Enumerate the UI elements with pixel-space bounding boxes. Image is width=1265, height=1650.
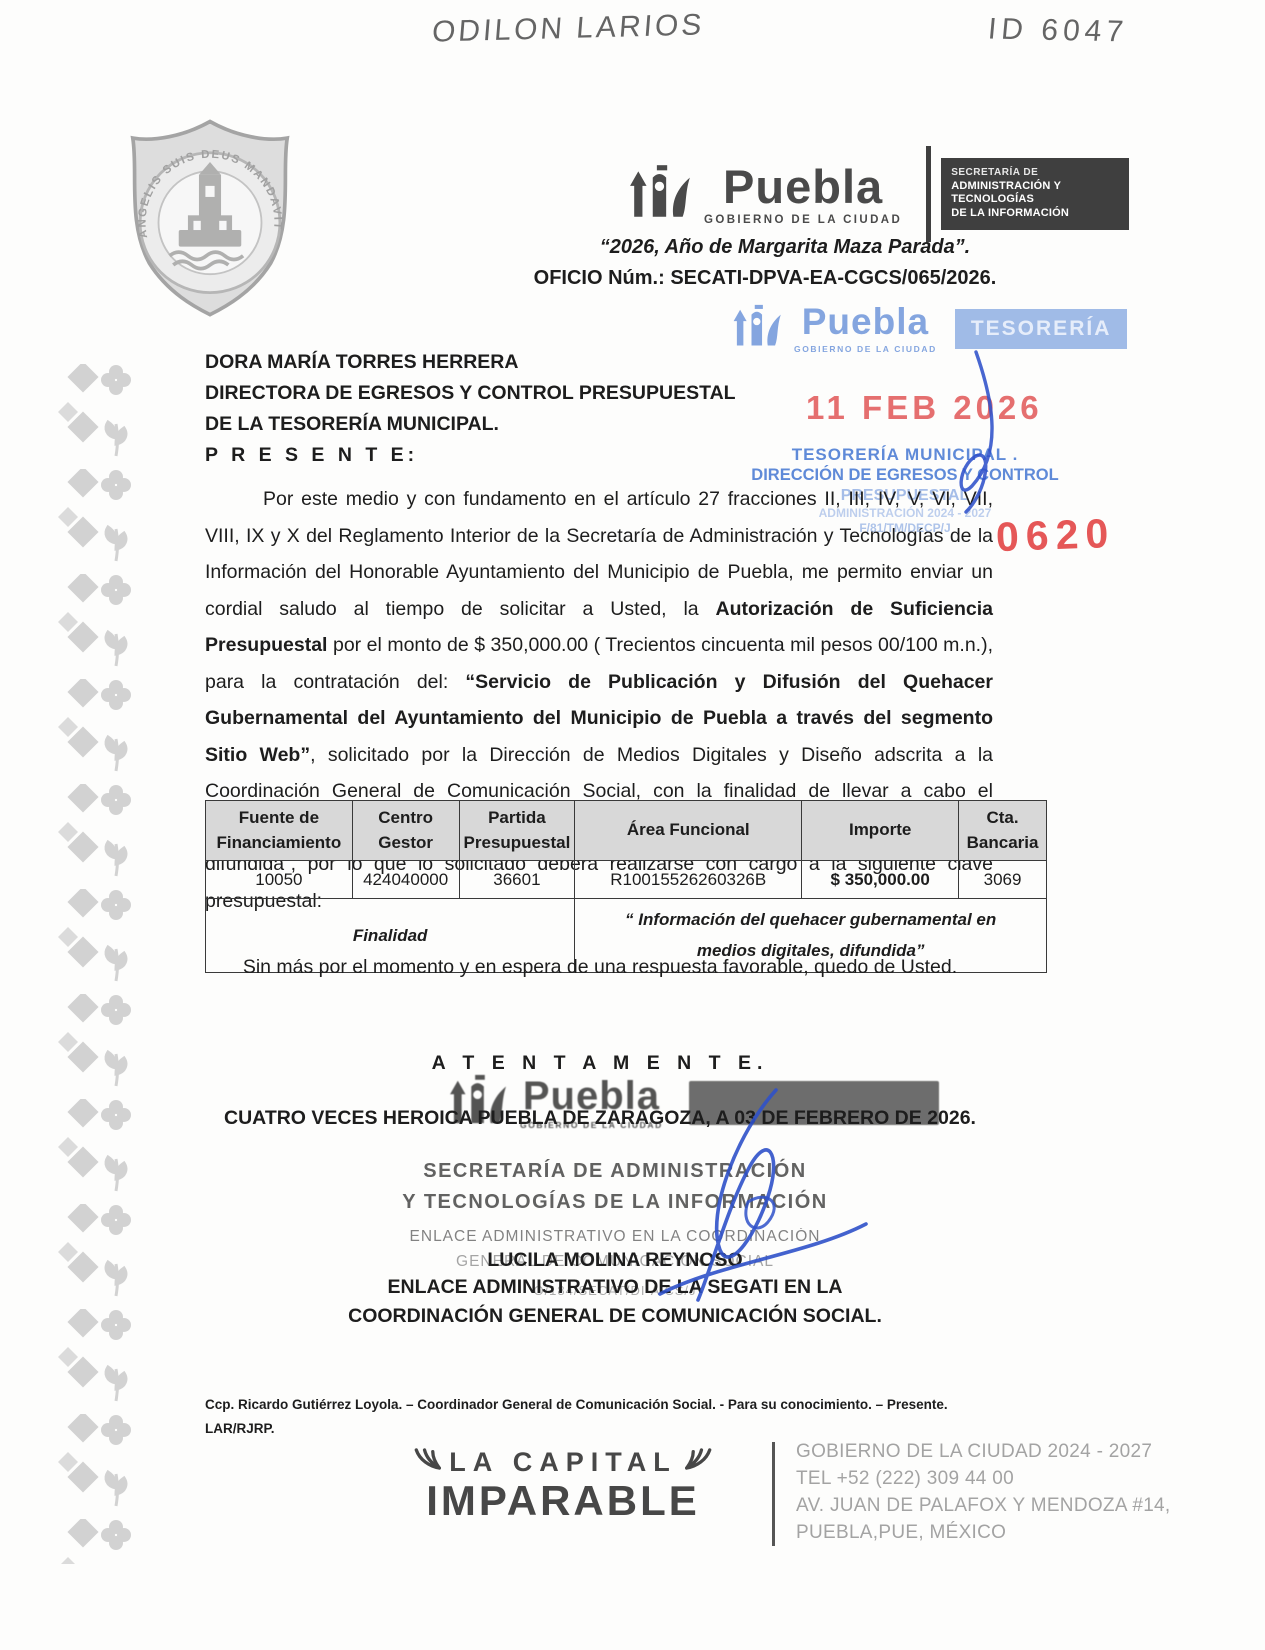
handwritten-name: ODILON LARIOS — [431, 8, 706, 49]
oficio-number: OFICIO Núm.: SECATI-DPVA-EA-CGCS/065/202… — [520, 267, 1010, 290]
talavera-pattern-unit — [58, 1309, 142, 1409]
atentamente-line: A T E N T A M E N T E. — [205, 1052, 995, 1075]
received-stamp-line1: TESORERÍA MUNICIPAL . — [735, 444, 1075, 465]
table-data-row: 10050 424040000 36601 R10015526260326B $… — [206, 861, 1047, 899]
brand-wordmark: Puebla — [723, 163, 883, 210]
cell-importe: $ 350,000.00 — [802, 861, 959, 899]
cell-cta: 3069 — [959, 861, 1047, 899]
tesoreria-box: TESORERÍA — [955, 309, 1128, 349]
talavera-pattern-unit — [58, 574, 142, 674]
talavera-pattern-unit — [58, 1414, 142, 1514]
talavera-pattern-unit — [58, 994, 142, 1094]
handwritten-id: ID 6047 — [986, 13, 1129, 50]
wing-left-icon — [413, 1446, 441, 1479]
talavera-pattern-unit — [58, 1099, 142, 1199]
talavera-pattern-unit — [58, 1204, 142, 1304]
secretariat-line1: SECRETARÍA DE — [951, 167, 1119, 180]
wing-right-icon — [685, 1446, 713, 1479]
talavera-pattern-unit — [58, 1519, 142, 1564]
recipient-title2: DE LA TESORERÍA MUNICIPAL. — [205, 409, 736, 440]
capital-imparable-logo: LA CAPITAL IMPARABLE — [408, 1446, 718, 1525]
gov-line2: TEL +52 (222) 309 44 00 — [796, 1465, 1171, 1492]
talavera-pattern-unit — [58, 889, 142, 989]
talavera-pattern-unit — [58, 679, 142, 779]
received-stamp-brand-sub: GOBIERNO DE LA CIUDAD — [794, 344, 937, 354]
scanned-official-letter: ODILON LARIOS ID 6047 ANGELIS SUIS DEUS … — [0, 0, 1265, 1650]
header-logo: Puebla GOBIERNO DE LA CIUDAD SECRETARÍA … — [628, 146, 1129, 242]
slogan-line2: IMPARABLE — [408, 1477, 718, 1525]
gov-line4: PUEBLA,PUE, MÉXICO — [796, 1519, 1171, 1546]
received-stamp-brand: Puebla — [802, 303, 929, 340]
brand-subtitle: GOBIERNO DE LA CIUDAD — [704, 214, 902, 226]
gov-line3: AV. JUAN DE PALAFOX Y MENDOZA #14, — [796, 1492, 1171, 1519]
received-stamp-logo: Puebla GOBIERNO DE LA CIUDAD TESORERÍA — [732, 303, 1127, 354]
header-divider — [926, 146, 931, 242]
col-header-area: Área Funcional — [575, 801, 802, 861]
cell-centro: 424040000 — [352, 861, 459, 899]
col-header-fuente: Fuente de Financiamiento — [206, 801, 353, 861]
talavera-pattern-unit — [58, 784, 142, 884]
gov-line1: GOBIERNO DE LA CIUDAD 2024 - 2027 — [796, 1438, 1171, 1465]
pen-mark — [938, 348, 1018, 518]
col-header-centro: Centro Gestor — [352, 801, 459, 861]
footer-government-info: GOBIERNO DE LA CIUDAD 2024 - 2027 TEL +5… — [796, 1438, 1171, 1546]
cell-fuente: 10050 — [206, 861, 353, 899]
col-header-importe: Importe — [802, 801, 959, 861]
col-header-cta: Cta. Bancaria — [959, 801, 1047, 861]
budget-table: Fuente de Financiamiento Centro Gestor P… — [205, 800, 1047, 973]
puebla-skyline-icon — [628, 163, 694, 226]
table-header-row: Fuente de Financiamiento Centro Gestor P… — [206, 801, 1047, 861]
footer-divider — [772, 1442, 775, 1546]
recipient-name: DORA MARÍA TORRES HERRERA — [205, 347, 736, 378]
secretariat-line3: DE LA INFORMACIÓN — [951, 207, 1119, 221]
talavera-pattern-unit — [58, 364, 142, 464]
recipient-block: DORA MARÍA TORRES HERRERA DIRECTORA DE E… — [205, 347, 736, 471]
year-legend: “2026, Año de Margarita Maza Parada”. — [560, 236, 1010, 259]
city-coat-of-arms-icon: ANGELIS SUIS DEUS MANDAVIT DE TE UT CUST… — [118, 116, 302, 322]
talavera-border-pattern — [58, 364, 142, 1564]
signature-ink — [598, 1082, 928, 1332]
recipient-salutation: P R E S E N T E: — [205, 440, 736, 471]
secretariat-box: SECRETARÍA DE ADMINISTRACIÓN Y TECNOLOGÍ… — [941, 158, 1129, 230]
recipient-title1: DIRECTORA DE EGRESOS Y CONTROL PRESUPUES… — [205, 378, 736, 409]
ccp-line: Ccp. Ricardo Gutiérrez Loyola. – Coordin… — [205, 1397, 948, 1412]
initials-line: LAR/RJRP. — [205, 1421, 275, 1436]
talavera-pattern-unit — [58, 469, 142, 569]
secretariat-line2: ADMINISTRACIÓN Y TECNOLOGÍAS — [951, 180, 1119, 208]
cell-partida: 36601 — [459, 861, 575, 899]
puebla-skyline-icon-blue — [732, 303, 784, 354]
farewell-line: Sin más por el momento y en espera de un… — [205, 956, 995, 979]
slogan-line1: LA CAPITAL — [449, 1447, 676, 1478]
col-header-partida: Partida Presupuestal — [459, 801, 575, 861]
cell-area: R10015526260326B — [575, 861, 802, 899]
